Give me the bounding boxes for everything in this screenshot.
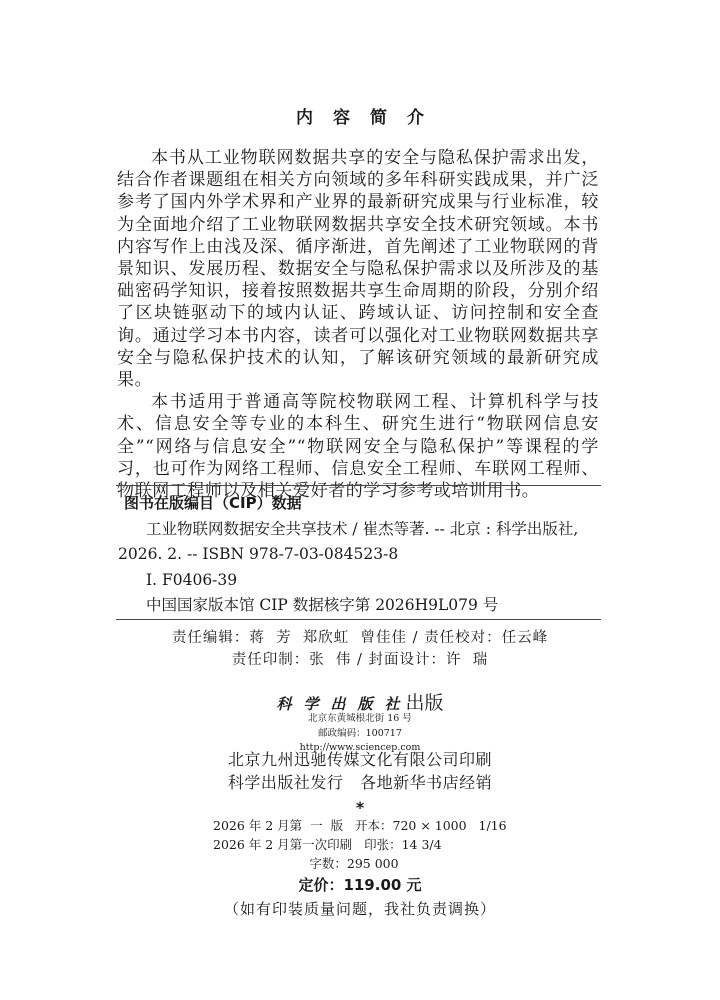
editorial-credits: 责任编辑：蒋 芳 郑欣虹 曾佳佳 / 责任校对：任云峰 责任印制：张 伟 / 封… [0, 627, 720, 671]
quality-notice: （如有印装质量问题，我社负责调换） [0, 898, 720, 919]
publisher-address: 北京东黄城根北街 16 号 [0, 712, 720, 727]
edition-line: 2026 年 2 月第 一 版 开本：720 × 1000 1/16 [213, 816, 533, 835]
price-label: 定价：119.00 元 [0, 874, 720, 895]
publisher-imprint: 科学出版社出版 [0, 688, 720, 715]
abstract-paragraph-1: 本书从工业物联网数据共享的安全与隐私保护需求出发，结合作者课题组在相关方向领域的… [117, 147, 599, 391]
cip-top-divider [116, 485, 601, 486]
publisher-postcode: 邮政编码：100717 [0, 727, 720, 742]
credits-print-design: 责任印制：张 伟 / 封面设计：许 瑞 [0, 649, 720, 671]
cip-heading: 图书在版编目（CIP）数据 [118, 491, 600, 517]
cip-title-line: 工业物联网数据安全共享技术 / 崔杰等著. -- 北京 : 科学出版社, [118, 517, 600, 543]
cip-data-block: 图书在版编目（CIP）数据 工业物联网数据安全共享技术 / 崔杰等著. -- 北… [118, 491, 600, 619]
distribution-info: 科学出版社发行 各地新华书店经销 [0, 771, 720, 794]
page-title: 内容简介 [0, 103, 720, 128]
separator-asterisk: * [0, 798, 720, 817]
printing-line: 2026 年 2 月第一次印刷 印张：14 3/4 [213, 835, 533, 854]
edition-info: 2026 年 2 月第 一 版 开本：720 × 1000 1/16 2026 … [213, 816, 533, 873]
publisher-logo: 科学出版社 [276, 695, 411, 713]
cip-bottom-divider [116, 619, 601, 620]
cip-approval-number: 中国国家版本馆 CIP 数据核字第 2026H9L079 号 [118, 593, 600, 619]
cip-isbn-line: 2026. 2. -- ISBN 978-7-03-084523-8 [118, 542, 600, 568]
cip-classification: Ⅰ. F0406-39 [118, 568, 600, 594]
printer-name: 北京九州迅驰传媒文化有限公司印刷 [0, 748, 720, 771]
book-abstract: 本书从工业物联网数据共享的安全与隐私保护需求出发，结合作者课题组在相关方向领域的… [117, 147, 599, 502]
credits-editors: 责任编辑：蒋 芳 郑欣虹 曾佳佳 / 责任校对：任云峰 [0, 627, 720, 649]
copyright-page: 内容简介 本书从工业物联网数据共享的安全与隐私保护需求出发，结合作者课题组在相关… [0, 0, 720, 1000]
printing-info: 北京九州迅驰传媒文化有限公司印刷 科学出版社发行 各地新华书店经销 [0, 748, 720, 794]
word-count: 字数：295 000 [213, 854, 533, 873]
publisher-suffix: 出版 [406, 692, 444, 714]
